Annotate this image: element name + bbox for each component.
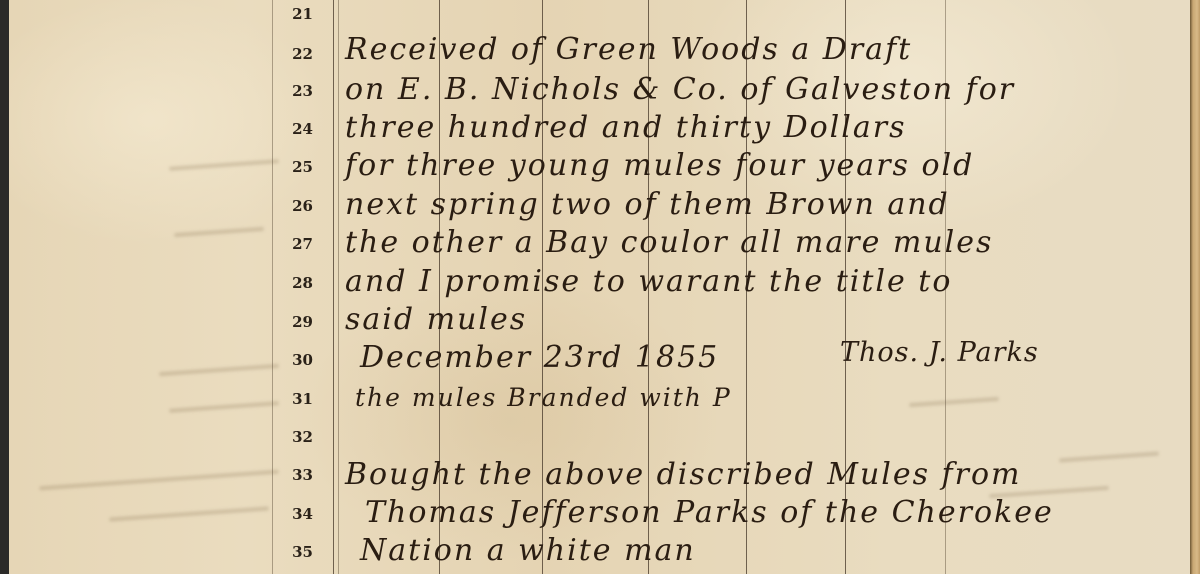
handwritten-line-25: for three young mules four years old (345, 146, 974, 186)
line-number: 23 (272, 81, 333, 101)
bleed-through-mark (909, 397, 999, 407)
line-number-column-right-rule (333, 0, 334, 574)
line-number: 28 (272, 273, 333, 293)
line-number: 27 (272, 234, 333, 254)
handwritten-line-28: and I promise to warant the title to (345, 262, 952, 302)
margin-rule (338, 0, 339, 574)
line-number: 31 (272, 389, 333, 409)
handwritten-line-34: Thomas Jefferson Parks of the Cherokee (365, 493, 1054, 533)
line-number: 26 (272, 196, 333, 216)
line-number: 21 (272, 4, 333, 24)
bleed-through-mark (159, 364, 279, 376)
handwritten-line-31: the mules Branded with P (355, 378, 732, 418)
handwritten-line-22: Received of Green Woods a Draft (345, 30, 912, 70)
handwritten-line-27: the other a Bay coulor all mare mules (345, 223, 993, 263)
handwritten-line-30-date: December 23rd 1855 (360, 338, 719, 378)
bleed-through-mark (39, 470, 279, 491)
bleed-through-mark (109, 506, 269, 521)
handwritten-line-29: said mules (345, 300, 527, 340)
handwritten-line-26: next spring two of them Brown and (345, 185, 950, 225)
bleed-through-mark (169, 159, 279, 171)
line-number: 30 (272, 350, 333, 370)
right-page-edge (1190, 0, 1200, 574)
line-number: 33 (272, 465, 333, 485)
handwritten-line-24: three hundred and thirty Dollars (345, 108, 907, 148)
line-number: 34 (272, 504, 333, 524)
signature: Thos. J. Parks (840, 333, 1039, 373)
line-number: 24 (272, 119, 333, 139)
line-number: 25 (272, 157, 333, 177)
handwritten-line-35: Nation a white man (360, 531, 696, 571)
line-number: 35 (272, 542, 333, 562)
line-number: 32 (272, 427, 333, 447)
bleed-through-mark (169, 401, 279, 413)
bleed-through-mark (174, 227, 264, 237)
bleed-through-mark (1059, 452, 1159, 463)
line-number: 22 (272, 44, 333, 64)
scanned-ledger-page: 21 22 23 24 25 26 27 28 29 30 31 32 33 3… (0, 0, 1200, 574)
handwritten-line-23: on E. B. Nichols & Co. of Galveston for (345, 70, 1015, 110)
handwritten-line-33: Bought the above discribed Mules from (345, 455, 1022, 495)
line-number: 29 (272, 312, 333, 332)
